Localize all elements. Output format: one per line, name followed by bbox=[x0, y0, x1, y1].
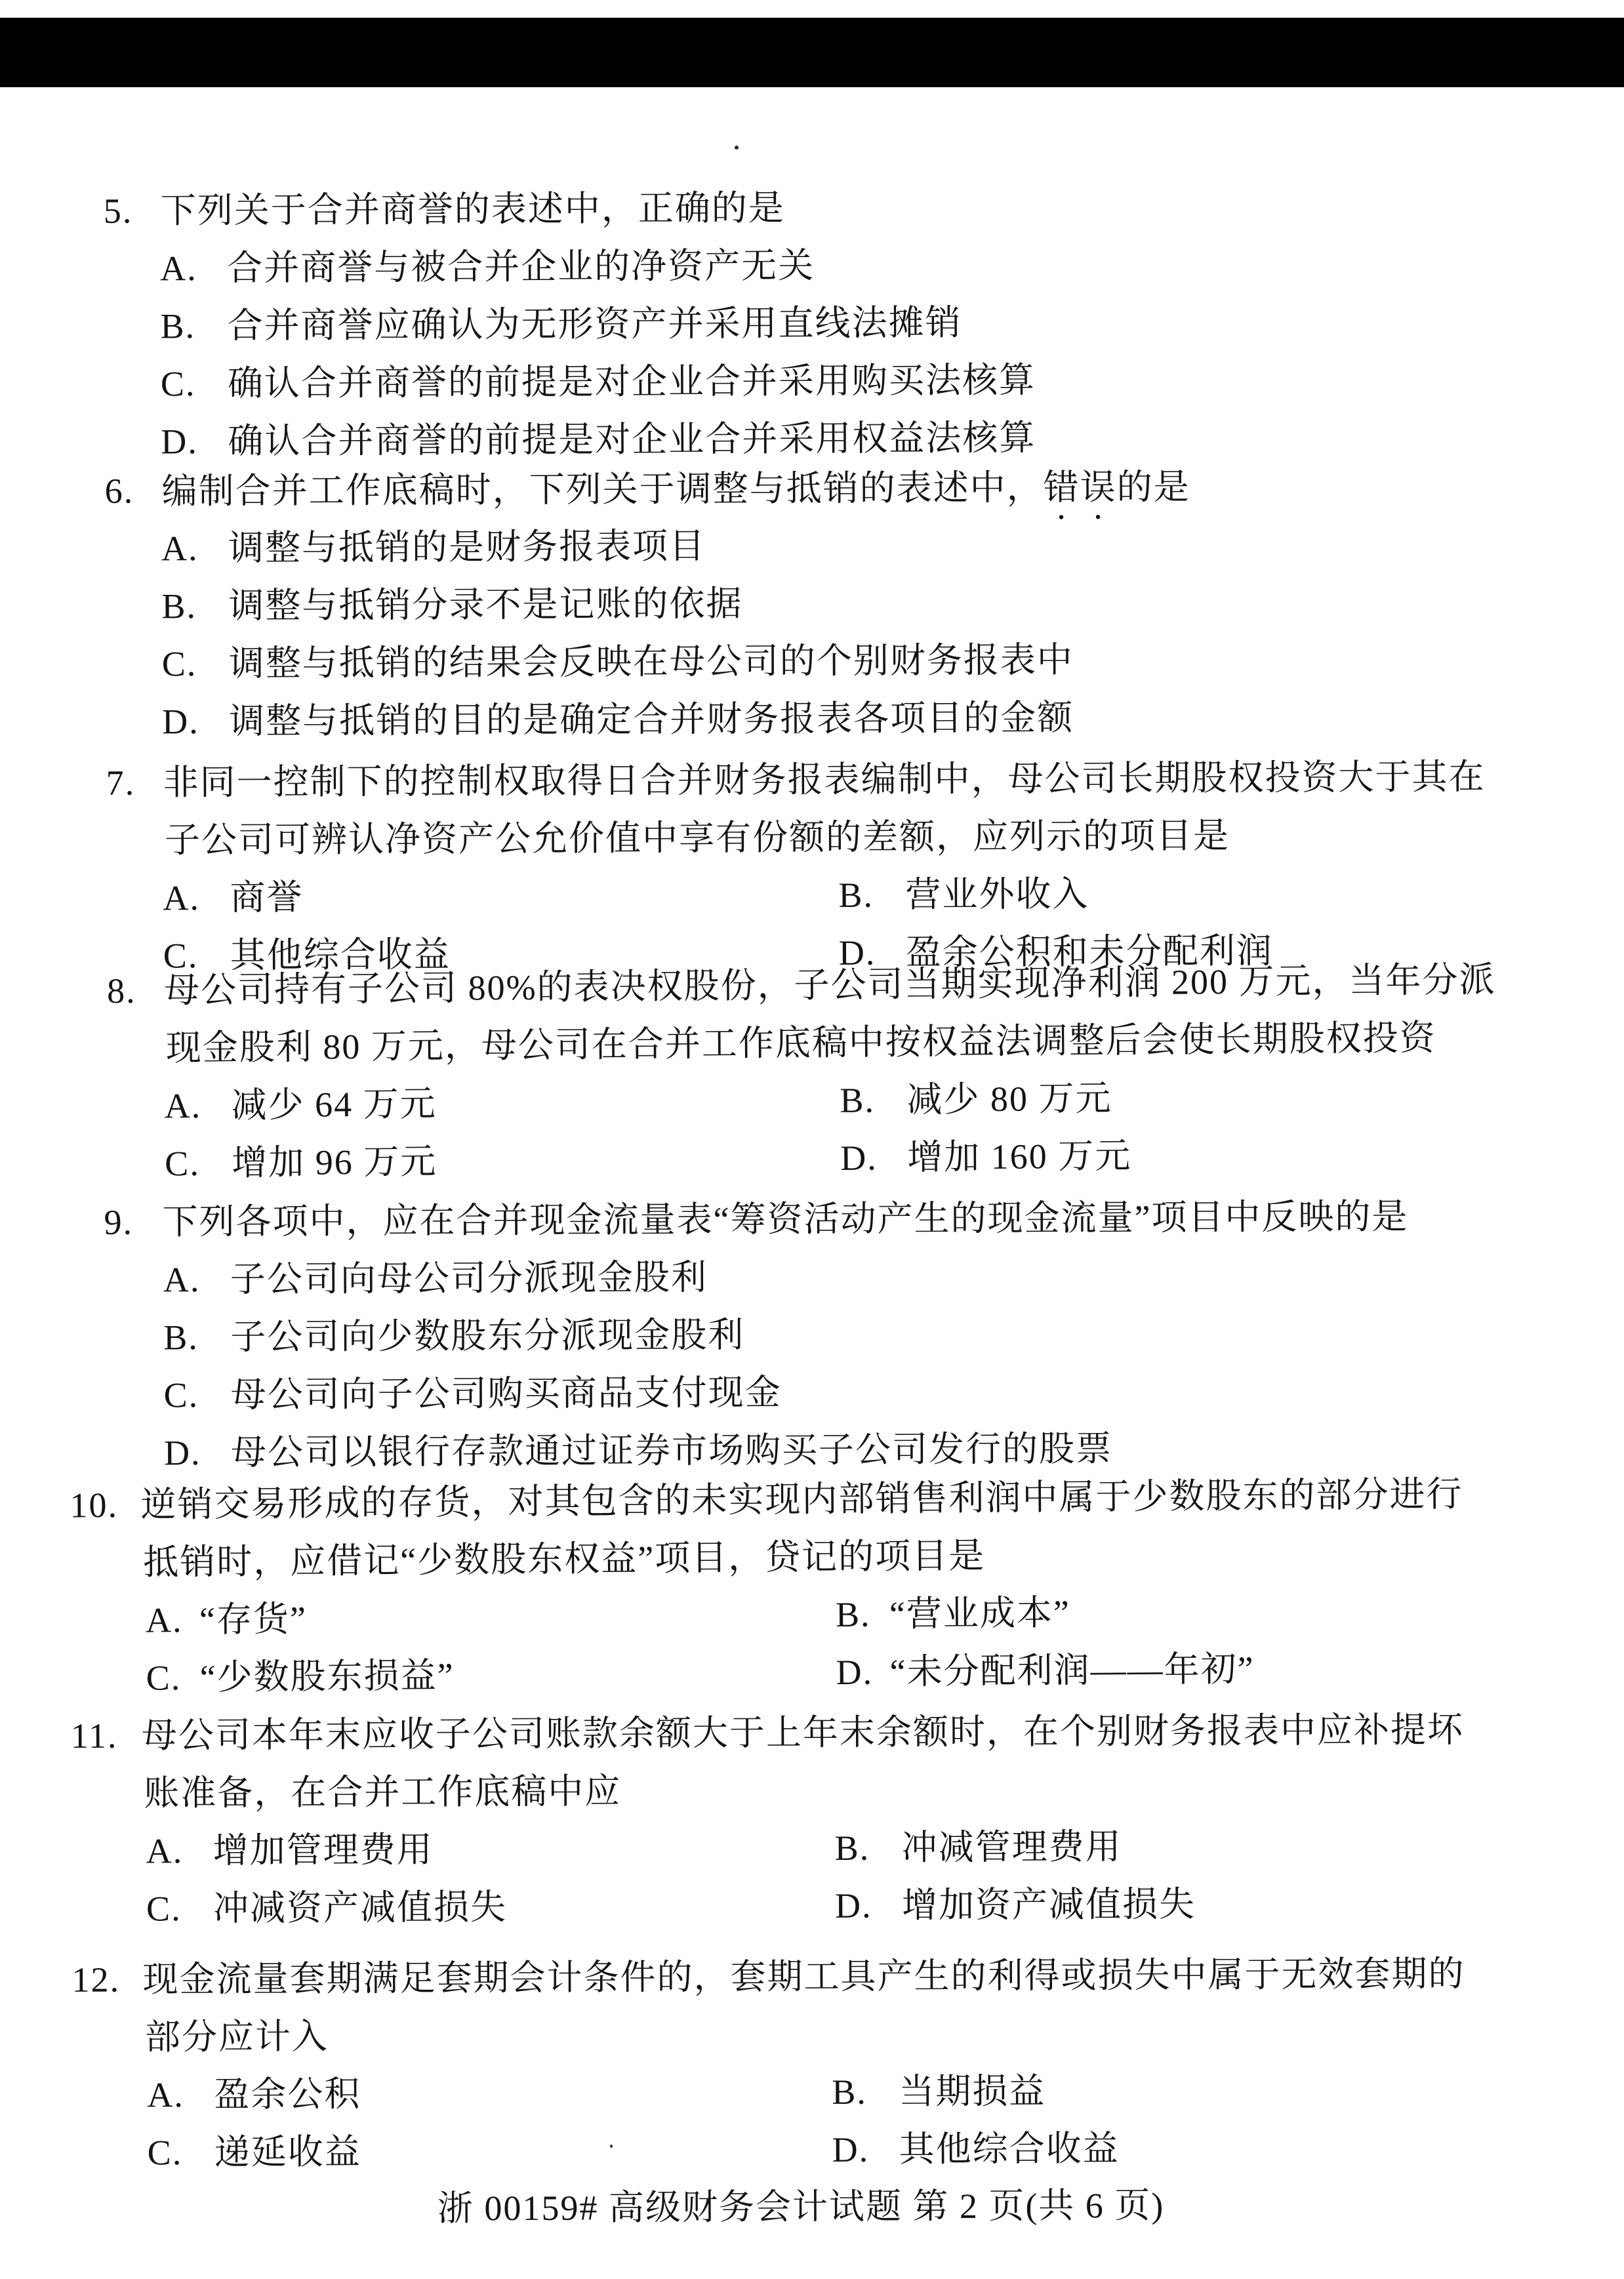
question-title-line2: 账准备，在合并工作底稿中应 bbox=[3, 1768, 1624, 1817]
question-text: 子公司可辨认净资产公允价值中享有份额的差额，应列示的项目是 bbox=[165, 817, 1230, 860]
option-text: 母公司向子公司购买商品支付现金 bbox=[231, 1373, 782, 1415]
option-a-label: A. bbox=[147, 2076, 184, 2115]
option-b-label: B. bbox=[838, 876, 874, 916]
option-c-label: C. bbox=[163, 937, 199, 976]
question-text: 现金股利 80 万元，母公司在合并工作底稿中按权益法调整后会使长期股权投资 bbox=[166, 1018, 1436, 1068]
option-a: A. 合并商誉与被合并企业的净资产无关 bbox=[0, 243, 1620, 292]
option-row-ab: A. 商誉 B. 营业外收入 bbox=[0, 873, 1623, 922]
option-a-text: 商誉 bbox=[230, 878, 303, 918]
option-b-text: “营业成本” bbox=[889, 1594, 1070, 1634]
option-d-label: D. bbox=[836, 1653, 873, 1693]
option-d-label: D. bbox=[832, 2131, 870, 2170]
option-label: C. bbox=[161, 365, 196, 404]
option-label: C. bbox=[162, 645, 197, 684]
option-d-text: 增加 160 万元 bbox=[907, 1137, 1131, 1177]
question-6: 6. 编制合并工作底稿时，下列关于调整与抵销的表述中，错误的是 A. 调整与抵销… bbox=[0, 466, 1621, 473]
option-label: B. bbox=[161, 587, 197, 626]
question-number: 12. bbox=[71, 1961, 120, 2000]
option-c-text: 冲减资产减值损失 bbox=[213, 1888, 507, 1928]
option-d-label: D. bbox=[835, 1887, 872, 1926]
question-text: 账准备，在合并工作底稿中应 bbox=[144, 1772, 621, 1813]
option-text: 子公司向少数股东分派现金股利 bbox=[230, 1316, 744, 1357]
option-text: 调整与抵销的是财务报表项目 bbox=[228, 527, 706, 569]
question-number: 7. bbox=[106, 763, 135, 803]
option-text: 确认合并商誉的前提是对企业合并采用购买法核算 bbox=[228, 361, 1036, 404]
question-text: 编制合并工作底稿时，下列关于调整与抵销的表述中，错误的是 bbox=[162, 467, 1190, 531]
option-a-text: 增加管理费用 bbox=[213, 1831, 434, 1871]
option-row-ab: A. 减少 64 万元 B. 减少 80 万元 bbox=[0, 1075, 1624, 1130]
option-row-ab: A. 盈余公积 B. 当期损益 bbox=[4, 2070, 1624, 2119]
option-label: A. bbox=[163, 1261, 201, 1300]
option-label: B. bbox=[160, 307, 195, 346]
question-title-line2: 现金股利 80 万元，母公司在合并工作底稿中按权益法调整后会使长期股权投资 bbox=[0, 1017, 1624, 1072]
option-text: 母公司以银行存款通过证券市场购买子公司发行的股票 bbox=[231, 1430, 1112, 1472]
option-b: B. 调整与抵销分录不是记账的依据 bbox=[0, 581, 1622, 630]
option-b: B. 子公司向少数股东分派现金股利 bbox=[1, 1312, 1624, 1361]
option-b: B. 合并商誉应确认为无形资产并采用直线法摊销 bbox=[0, 301, 1621, 350]
title-emphasized: 错误 bbox=[1044, 468, 1117, 507]
option-row-ab: A. “存货” B. “营业成本” bbox=[3, 1589, 1624, 1644]
question-title: 9. 下列各项中，应在合并现金流量表“筹资活动产生的现金流量”项目中反映的是 bbox=[0, 1197, 1624, 1246]
option-d: D. 调整与抵销的目的是确定合并财务报表各项目的金额 bbox=[0, 696, 1622, 746]
option-c-text: 增加 96 万元 bbox=[232, 1142, 437, 1183]
question-11: 11. 母公司本年末应收子公司账款余额大于上年末余额时，在个别财务报表中应补提坏… bbox=[3, 1710, 1624, 1718]
option-c-label: C. bbox=[146, 1659, 181, 1698]
question-title: 5. 下列关于合并商誉的表述中，正确的是 bbox=[0, 186, 1620, 235]
option-c-text: 递延收益 bbox=[214, 2133, 361, 2172]
option-b-text: 营业外收入 bbox=[905, 875, 1089, 915]
question-text: 下列关于合并商誉的表述中，正确的是 bbox=[161, 189, 785, 231]
option-d-text: “未分配利润——年初” bbox=[889, 1650, 1254, 1692]
option-a-label: A. bbox=[164, 1087, 201, 1126]
question-title-line1: 11. 母公司本年末应收子公司账款余额大于上年末余额时，在个别财务报表中应补提坏 bbox=[3, 1710, 1624, 1760]
title-pre: 编制合并工作底稿时，下列关于调整与抵销的表述中， bbox=[162, 468, 1044, 511]
question-title-line1: 12. 现金流量套期满足套期会计条件的，套期工具产生的利得或损失中属于无效套期的 bbox=[3, 1954, 1624, 2004]
option-row-cd: C. 冲减资产减值损失 D. 增加资产减值损失 bbox=[3, 1884, 1624, 1933]
option-b-label: B. bbox=[840, 1081, 875, 1120]
option-d-label: D. bbox=[840, 1139, 878, 1178]
option-a-text: “存货” bbox=[199, 1600, 307, 1640]
question-number: 10. bbox=[70, 1486, 118, 1525]
option-c-label: C. bbox=[148, 2133, 183, 2173]
option-label: D. bbox=[162, 702, 199, 742]
option-a: A. 子公司向母公司分派现金股利 bbox=[1, 1255, 1624, 1304]
question-title-line1: 10. 逆销交易形成的存货，对其包含的未实现内部销售利润中属于少数股东的部分进行 bbox=[1, 1474, 1624, 1529]
option-text: 合并商誉与被合并企业的净资产无关 bbox=[227, 247, 815, 288]
question-number: 8. bbox=[107, 972, 136, 1011]
question-title-line2: 抵销时，应借记“少数股东权益”项目，贷记的项目是 bbox=[2, 1531, 1624, 1586]
question-number: 6. bbox=[105, 472, 134, 512]
title-post: 的是 bbox=[1117, 467, 1190, 506]
question-number: 5. bbox=[104, 192, 133, 232]
option-label: C. bbox=[164, 1376, 199, 1415]
option-text: 合并商誉应确认为无形资产并采用直线法摊销 bbox=[227, 304, 962, 346]
option-b-text: 减少 80 万元 bbox=[906, 1079, 1112, 1119]
option-a-label: A. bbox=[146, 1601, 183, 1640]
option-b-text: 当期损益 bbox=[899, 2072, 1045, 2111]
question-text: 母公司本年末应收子公司账款余额大于上年末余额时，在个别财务报表中应补提坏 bbox=[142, 1711, 1464, 1756]
option-c: C. 调整与抵销的结果会反映在母公司的个别财务报表中 bbox=[0, 639, 1622, 688]
option-d: D. 母公司以银行存款通过证券市场购买子公司发行的股票 bbox=[1, 1428, 1624, 1477]
question-10: 10. 逆销交易形成的存货，对其包含的未实现内部销售利润中属于少数股东的部分进行… bbox=[1, 1474, 1624, 1487]
option-label: B. bbox=[163, 1318, 199, 1358]
question-number: 11. bbox=[71, 1717, 118, 1756]
option-row-cd: C. 递延收益 D. 其他综合收益 bbox=[5, 2128, 1624, 2177]
question-text: 非同一控制下的控制权取得日合并财务报表编制中，母公司长期股权投资大于其在 bbox=[163, 758, 1485, 803]
option-a-label: A. bbox=[146, 1832, 184, 1871]
question-list: 5. 下列关于合并商誉的表述中，正确的是 A. 合并商誉与被合并企业的净资产无关… bbox=[0, 0, 1624, 2279]
question-number: 9. bbox=[104, 1203, 133, 1243]
option-text: 调整与抵销的目的是确定合并财务报表各项目的金额 bbox=[229, 698, 1074, 741]
exam-page: 5. 下列关于合并商誉的表述中，正确的是 A. 合并商誉与被合并企业的净资产无关… bbox=[0, 0, 1624, 2279]
question-title-line2: 部分应计入 bbox=[4, 2012, 1624, 2061]
question-text: 逆销交易形成的存货，对其包含的未实现内部销售利润中属于少数股东的部分进行 bbox=[140, 1475, 1463, 1525]
question-title-line2: 子公司可辨认净资产公允价值中享有份额的差额，应列示的项目是 bbox=[0, 815, 1623, 864]
question-text: 抵销时，应借记“少数股东权益”项目，贷记的项目是 bbox=[143, 1537, 985, 1583]
option-b-label: B. bbox=[835, 1829, 870, 1868]
question-5: 5. 下列关于合并商誉的表述中，正确的是 A. 合并商誉与被合并企业的净资产无关… bbox=[0, 186, 1620, 193]
option-text: 调整与抵销的结果会反映在母公司的个别财务报表中 bbox=[229, 641, 1074, 683]
question-9: 9. 下列各项中，应在合并现金流量表“筹资活动产生的现金流量”项目中反映的是 A… bbox=[0, 1197, 1624, 1204]
option-d: D. 确认合并商誉的前提是对企业合并采用权益法核算 bbox=[0, 416, 1621, 466]
option-label: D. bbox=[164, 1434, 201, 1473]
option-b-label: B. bbox=[832, 2073, 867, 2112]
option-d-text: 其他综合收益 bbox=[899, 2129, 1120, 2169]
option-a-text: 盈余公积 bbox=[214, 2075, 361, 2114]
option-c-label: C. bbox=[146, 1889, 182, 1929]
option-row-cd: C. 增加 96 万元 D. 增加 160 万元 bbox=[1, 1133, 1624, 1188]
option-row-cd: C. “少数股东损益” D. “未分配利润——年初” bbox=[3, 1647, 1624, 1702]
option-b-label: B. bbox=[836, 1596, 871, 1635]
option-a-label: A. bbox=[163, 879, 200, 918]
option-a-text: 减少 64 万元 bbox=[231, 1085, 436, 1125]
option-d-text: 增加资产减值损失 bbox=[902, 1885, 1196, 1925]
question-title: 6. 编制合并工作底稿时，下列关于调整与抵销的表述中，错误的是 bbox=[0, 466, 1621, 515]
option-text: 子公司向母公司分派现金股利 bbox=[230, 1259, 708, 1300]
option-text: 确认合并商誉的前提是对企业合并采用权益法核算 bbox=[228, 419, 1036, 462]
option-text: 调整与抵销分录不是记账的依据 bbox=[228, 584, 742, 626]
option-c: C. 母公司向子公司购买商品支付现金 bbox=[1, 1370, 1624, 1419]
question-text: 现金流量套期满足套期会计条件的，套期工具产生的利得或损失中属于无效套期的 bbox=[142, 1955, 1465, 2000]
option-label: A. bbox=[160, 249, 197, 289]
question-12: 12. 现金流量套期满足套期会计条件的，套期工具产生的利得或损失中属于无效套期的… bbox=[3, 1954, 1624, 1962]
page-footer: 浙 00159# 高级财务会计试题 第 2 页(共 6 页) bbox=[5, 2175, 1624, 2233]
option-a: A. 调整与抵销的是财务报表项目 bbox=[0, 523, 1621, 573]
question-text: 部分应计入 bbox=[145, 2017, 329, 2057]
option-row-ab: A. 增加管理费用 B. 冲减管理费用 bbox=[3, 1826, 1624, 1875]
footer-text: 浙 00159# 高级财务会计试题 第 2 页(共 6 页) bbox=[437, 2186, 1165, 2229]
option-c: C. 确认合并商誉的前提是对企业合并采用购买法核算 bbox=[0, 359, 1621, 408]
option-c-label: C. bbox=[165, 1144, 200, 1184]
question-7: 7. 非同一控制下的控制权取得日合并财务报表编制中，母公司长期股权投资大于其在 … bbox=[0, 757, 1622, 765]
question-title-line1: 7. 非同一控制下的控制权取得日合并财务报表编制中，母公司长期股权投资大于其在 bbox=[0, 757, 1623, 807]
option-label: D. bbox=[161, 422, 198, 462]
option-b-text: 冲减管理费用 bbox=[902, 1828, 1122, 1868]
option-c-text: “少数股东损益” bbox=[199, 1657, 454, 1698]
question-text: 下列各项中，应在合并现金流量表“筹资活动产生的现金流量”项目中反映的是 bbox=[162, 1198, 1408, 1242]
option-label: A. bbox=[161, 529, 199, 569]
